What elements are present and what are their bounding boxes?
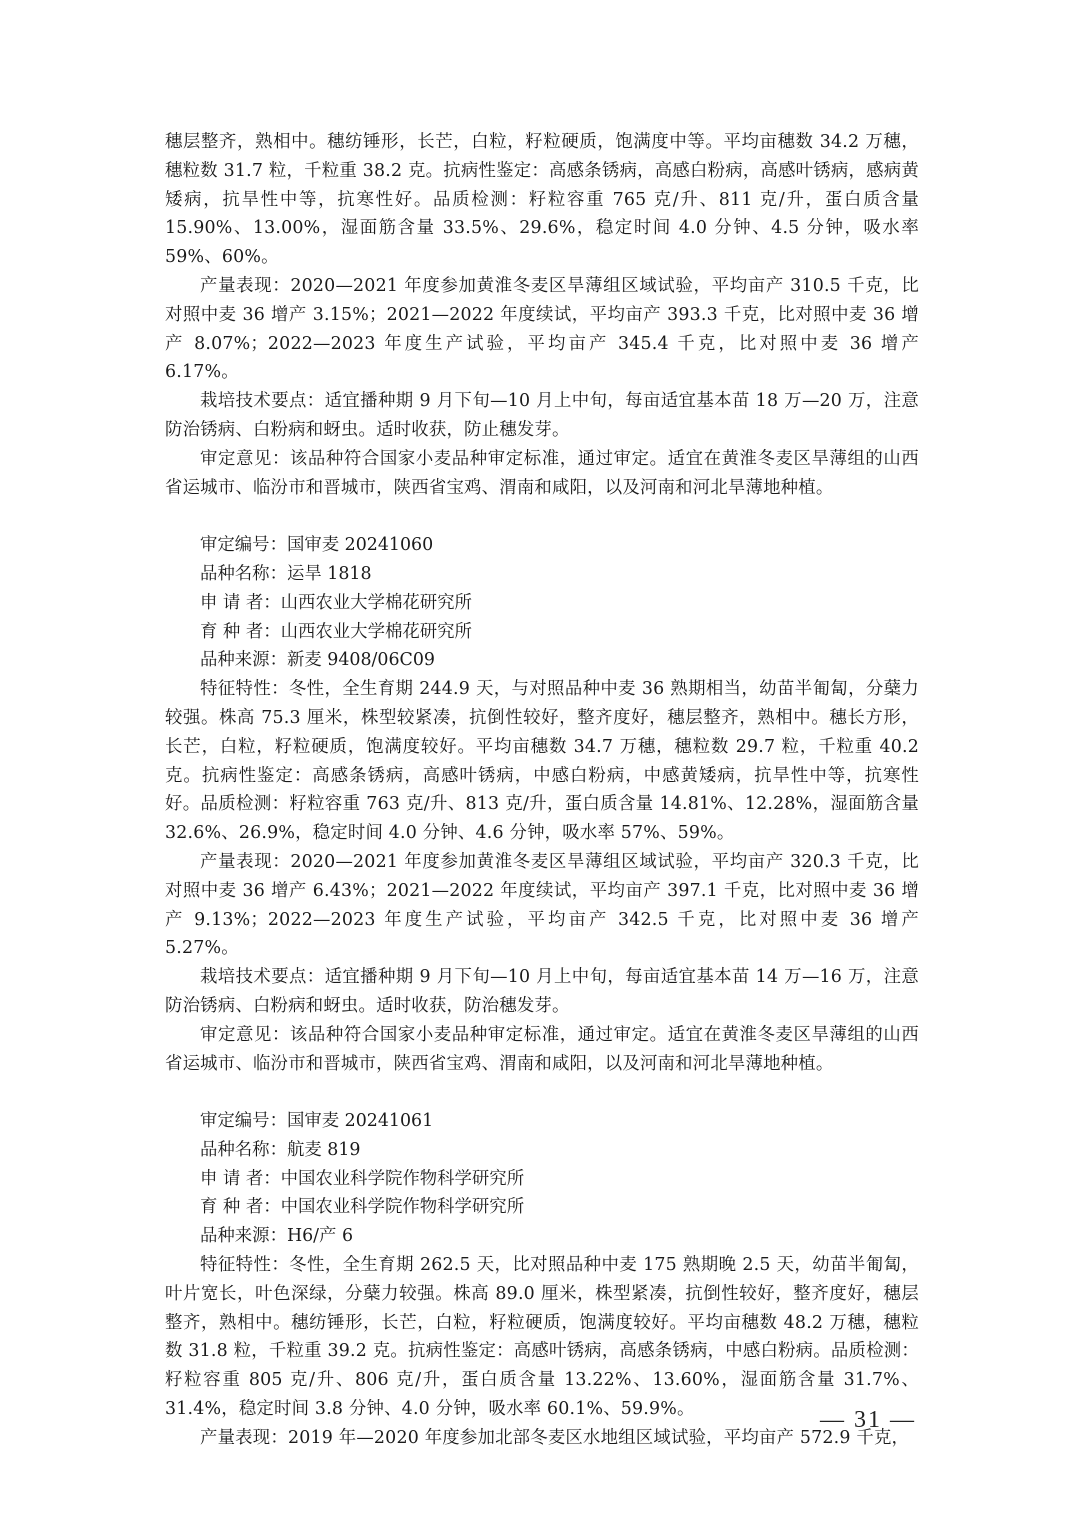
intro-cultivation-paragraph: 栽培技术要点：适宜播种期 9 月下旬—10 月上中旬，每亩适宜基本苗 18 万—… bbox=[165, 387, 919, 445]
variety-name: 品种名称：航麦 819 bbox=[165, 1136, 919, 1165]
yield-paragraph: 产量表现：2020—2021 年度参加黄淮冬麦区旱薄组区域试验，平均亩产 320… bbox=[165, 848, 919, 963]
applicant: 申 请 者：中国农业科学院作物科学研究所 bbox=[165, 1165, 919, 1194]
traits-paragraph: 特征特性：冬性，全生育期 262.5 天，比对照品种中麦 175 熟期晚 2.5… bbox=[165, 1251, 919, 1424]
breeder: 育 种 者：中国农业科学院作物科学研究所 bbox=[165, 1193, 919, 1222]
approval-number: 审定编号：国审麦 20241060 bbox=[165, 531, 919, 560]
variety-entry-yunhan-1818: 审定编号：国审麦 20241060 品种名称：运旱 1818 申 请 者：山西农… bbox=[165, 531, 919, 1078]
variety-entry-hangmai-819: 审定编号：国审麦 20241061 品种名称：航麦 819 申 请 者：中国农业… bbox=[165, 1107, 919, 1453]
breeder: 育 种 者：山西农业大学棉花研究所 bbox=[165, 618, 919, 647]
variety-source: 品种来源：H6/产 6 bbox=[165, 1222, 919, 1251]
applicant: 申 请 者：山西农业大学棉花研究所 bbox=[165, 589, 919, 618]
opinion-paragraph: 审定意见：该品种符合国家小麦品种审定标准，通过审定。适宜在黄淮冬麦区旱薄组的山西… bbox=[165, 1021, 919, 1079]
page-number: — 31 — bbox=[820, 1407, 916, 1434]
section-gap bbox=[165, 1078, 919, 1107]
document-page: 穗层整齐，熟相中。穗纺锤形，长芒，白粒，籽粒硬质，饱满度中等。平均亩穗数 34.… bbox=[165, 128, 919, 1453]
variety-source: 品种来源：新麦 9408/06C09 bbox=[165, 646, 919, 675]
traits-paragraph: 特征特性：冬性，全生育期 244.9 天，与对照品种中麦 36 熟期相当，幼苗半… bbox=[165, 675, 919, 848]
intro-traits-paragraph: 穗层整齐，熟相中。穗纺锤形，长芒，白粒，籽粒硬质，饱满度中等。平均亩穗数 34.… bbox=[165, 128, 919, 272]
variety-name: 品种名称：运旱 1818 bbox=[165, 560, 919, 589]
approval-number: 审定编号：国审麦 20241061 bbox=[165, 1107, 919, 1136]
intro-yield-paragraph: 产量表现：2020—2021 年度参加黄淮冬麦区旱薄组区域试验，平均亩产 310… bbox=[165, 272, 919, 387]
cultivation-paragraph: 栽培技术要点：适宜播种期 9 月下旬—10 月上中旬，每亩适宜基本苗 14 万—… bbox=[165, 963, 919, 1021]
intro-opinion-paragraph: 审定意见：该品种符合国家小麦品种审定标准，通过审定。适宜在黄淮冬麦区旱薄组的山西… bbox=[165, 445, 919, 503]
section-gap bbox=[165, 502, 919, 531]
yield-paragraph: 产量表现：2019 年—2020 年度参加北部冬麦区水地组区域试验，平均亩产 5… bbox=[165, 1424, 919, 1453]
